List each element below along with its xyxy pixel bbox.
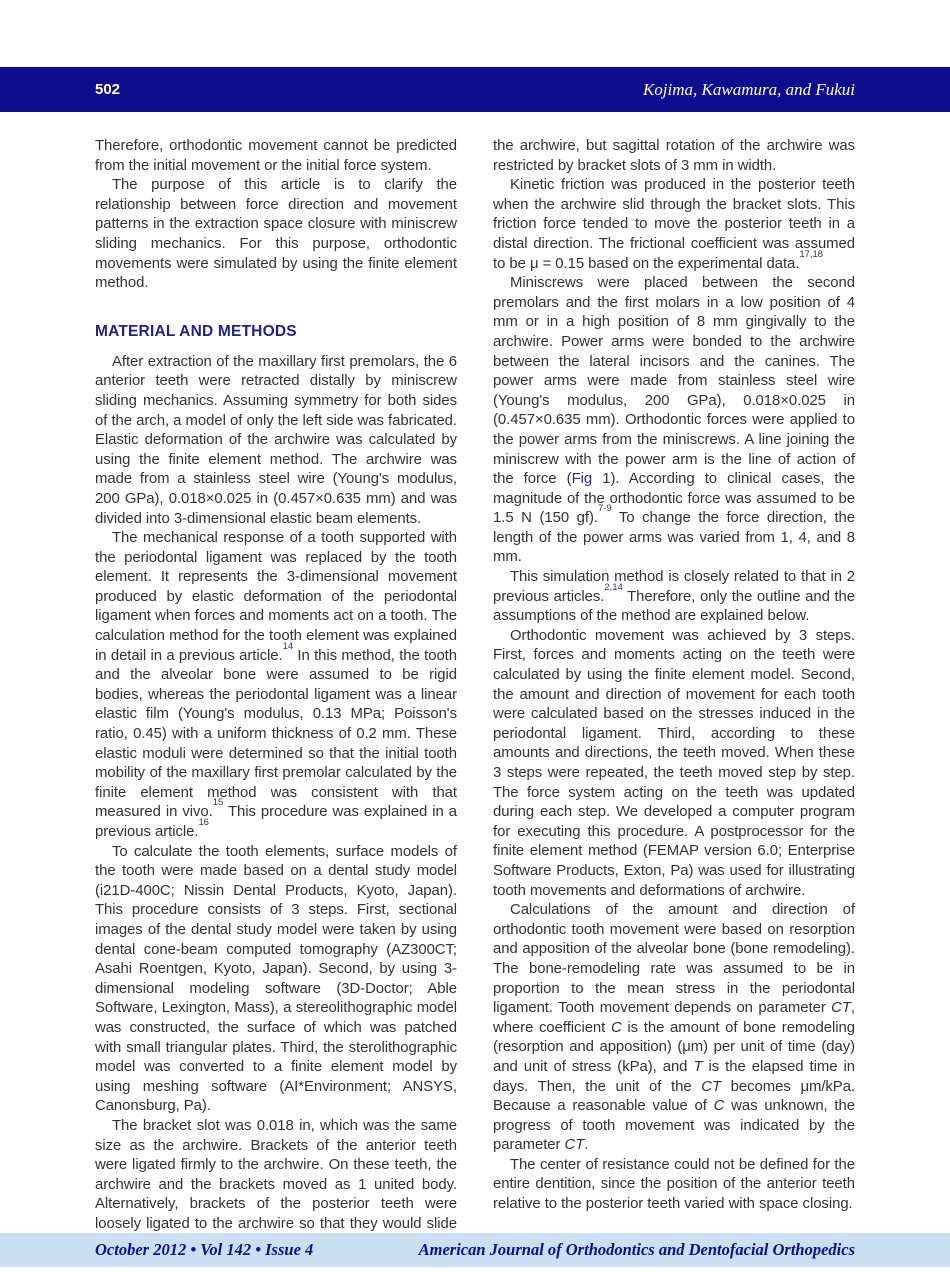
left-column: Therefore, orthodontic movement cannot b… [95,137,457,1254]
paragraph: This simulation method is closely relate… [493,568,855,627]
citation-reference-link[interactable]: 7-9 [598,503,612,514]
paragraph: the archwire, but sagittal rotation of t… [493,137,855,176]
section-heading: MATERIAL AND METHODS [95,323,457,341]
running-head-authors: Kojima, Kawamura, and Fukui [643,80,855,100]
article-body: Therefore, orthodontic movement cannot b… [95,137,855,1254]
text-run: After extraction of the maxillary first … [95,354,457,527]
paragraph: Orthodontic movement was achieved by 3 s… [493,627,855,901]
text-run: The center of resistance could not be de… [493,1157,855,1212]
italic-text-run: CT [565,1137,585,1153]
text-run: . [584,1137,588,1153]
text-run: Miniscrews were placed between the secon… [493,275,855,487]
italic-text-run: CT [831,1000,851,1016]
italic-text-run: CT [701,1079,721,1095]
footer-journal-name: American Journal of Orthodontics and Den… [419,1240,855,1260]
citation-reference-link[interactable]: 16 [198,817,208,828]
paragraph: Miniscrews were placed between the secon… [493,274,855,568]
page-number: 502 [95,81,120,98]
text-run: Calculations of the amount and direction… [493,902,855,1016]
footer-issue-info: October 2012 • Vol 142 • Issue 4 [95,1240,313,1260]
text-run: Therefore, orthodontic movement cannot b… [95,138,457,174]
figure-reference-link[interactable]: Fig [572,471,593,487]
page-footer-band: October 2012 • Vol 142 • Issue 4 America… [0,1233,950,1267]
text-run: The mechanical response of a tooth suppo… [95,530,457,664]
page-header-band: 502 Kojima, Kawamura, and Fukui [0,67,950,112]
text-run: the archwire, but sagittal rotation of t… [493,138,855,174]
citation-reference-link[interactable]: 2,14 [604,582,622,593]
text-run: The purpose of this article is to clarif… [95,177,457,291]
paragraph: To calculate the tooth elements, surface… [95,843,457,1117]
paragraph: Therefore, orthodontic movement cannot b… [95,137,457,176]
italic-text-run: C [611,1020,622,1036]
italic-text-run: C [714,1098,725,1114]
paragraph: After extraction of the maxillary first … [95,353,457,529]
text-run: In this method, the tooth and the alveol… [95,648,457,821]
citation-reference-link[interactable]: 15 [213,797,223,808]
text-run: To calculate the tooth elements, surface… [95,844,457,1115]
citation-reference-link[interactable]: 17,18 [799,249,823,260]
paragraph: Kinetic friction was produced in the pos… [493,176,855,274]
text-run: The bracket slot was 0.018 in, which was… [95,1118,457,1252]
paragraph: The mechanical response of a tooth suppo… [95,529,457,843]
right-column: the archwire, but sagittal rotation of t… [493,137,855,1254]
paragraph: The center of resistance could not be de… [493,1156,855,1215]
citation-reference-link[interactable]: 14 [283,641,293,652]
paragraph: The purpose of this article is to clarif… [95,176,457,294]
paragraph: Calculations of the amount and direction… [493,901,855,1156]
text-run: Orthodontic movement was achieved by 3 s… [493,628,855,899]
